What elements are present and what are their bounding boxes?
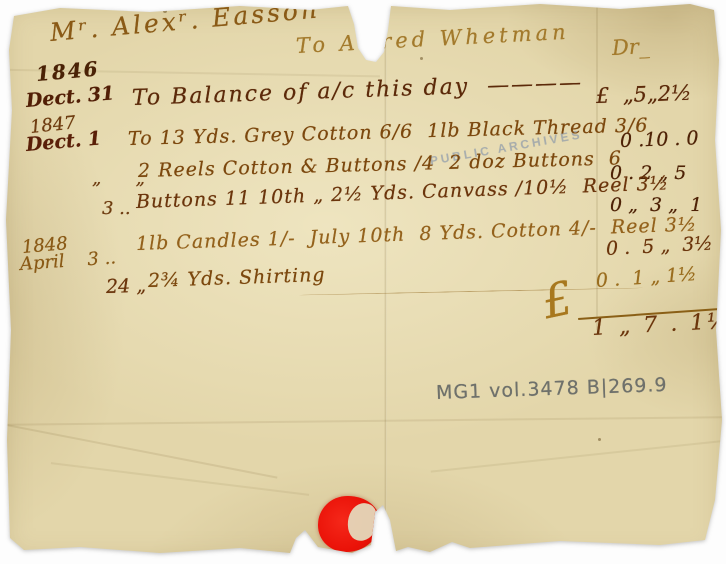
debtor-label: Dr_ [611,34,650,60]
entry-amount: 0 .10 . 0 [620,127,699,152]
total-amount: 1 „ 7 . 1½ [591,309,726,341]
fold-crease-horizontal [0,416,726,426]
entry-year: 1846 [35,56,101,85]
paper-speck [420,57,423,60]
entry-date: 3 .. [102,198,131,219]
entry-amount: 0 . 5 „ 3½ [605,232,713,260]
fold-crease-diagonal [51,462,309,496]
scanned-receipt: PUBLIC ARCHIVES Mʳ. Alexʳ. Easson To Alf… [0,0,726,564]
ledger-fill-rule [298,287,643,295]
account-title: To Alfred Whetman [295,20,570,58]
entry-amount: £ „5„2½ [596,81,692,108]
paper-speck [598,438,601,441]
entry-description: To 13 Yds. Grey Cotton 6/6 1lb Black Thr… [128,114,649,150]
pound-sign-flourish: £ [537,271,577,330]
entry-date: Dect. 31 [25,82,115,112]
entry-description: To Balance of a/c this day ———— [132,70,584,111]
wax-seal [318,496,380,552]
archival-reference: MG1 vol.3478 B|269.9 [436,374,668,404]
addressee-name: Mʳ. Alexʳ. Easson [49,0,321,47]
paper-shadow: PUBLIC ARCHIVES Mʳ. Alexʳ. Easson To Alf… [0,0,726,564]
receipt-paper: PUBLIC ARCHIVES Mʳ. Alexʳ. Easson To Alf… [0,0,726,564]
fold-crease-diagonal [0,419,277,478]
entry-amount: 0 . 1 „ 1½ [595,263,697,292]
wax-seal-worn-patch [344,500,381,544]
entry-date: 24 „ [106,275,147,298]
entry-description: 2¾ Yds. Shirting [148,264,326,292]
fold-crease-diagonal [431,439,726,472]
